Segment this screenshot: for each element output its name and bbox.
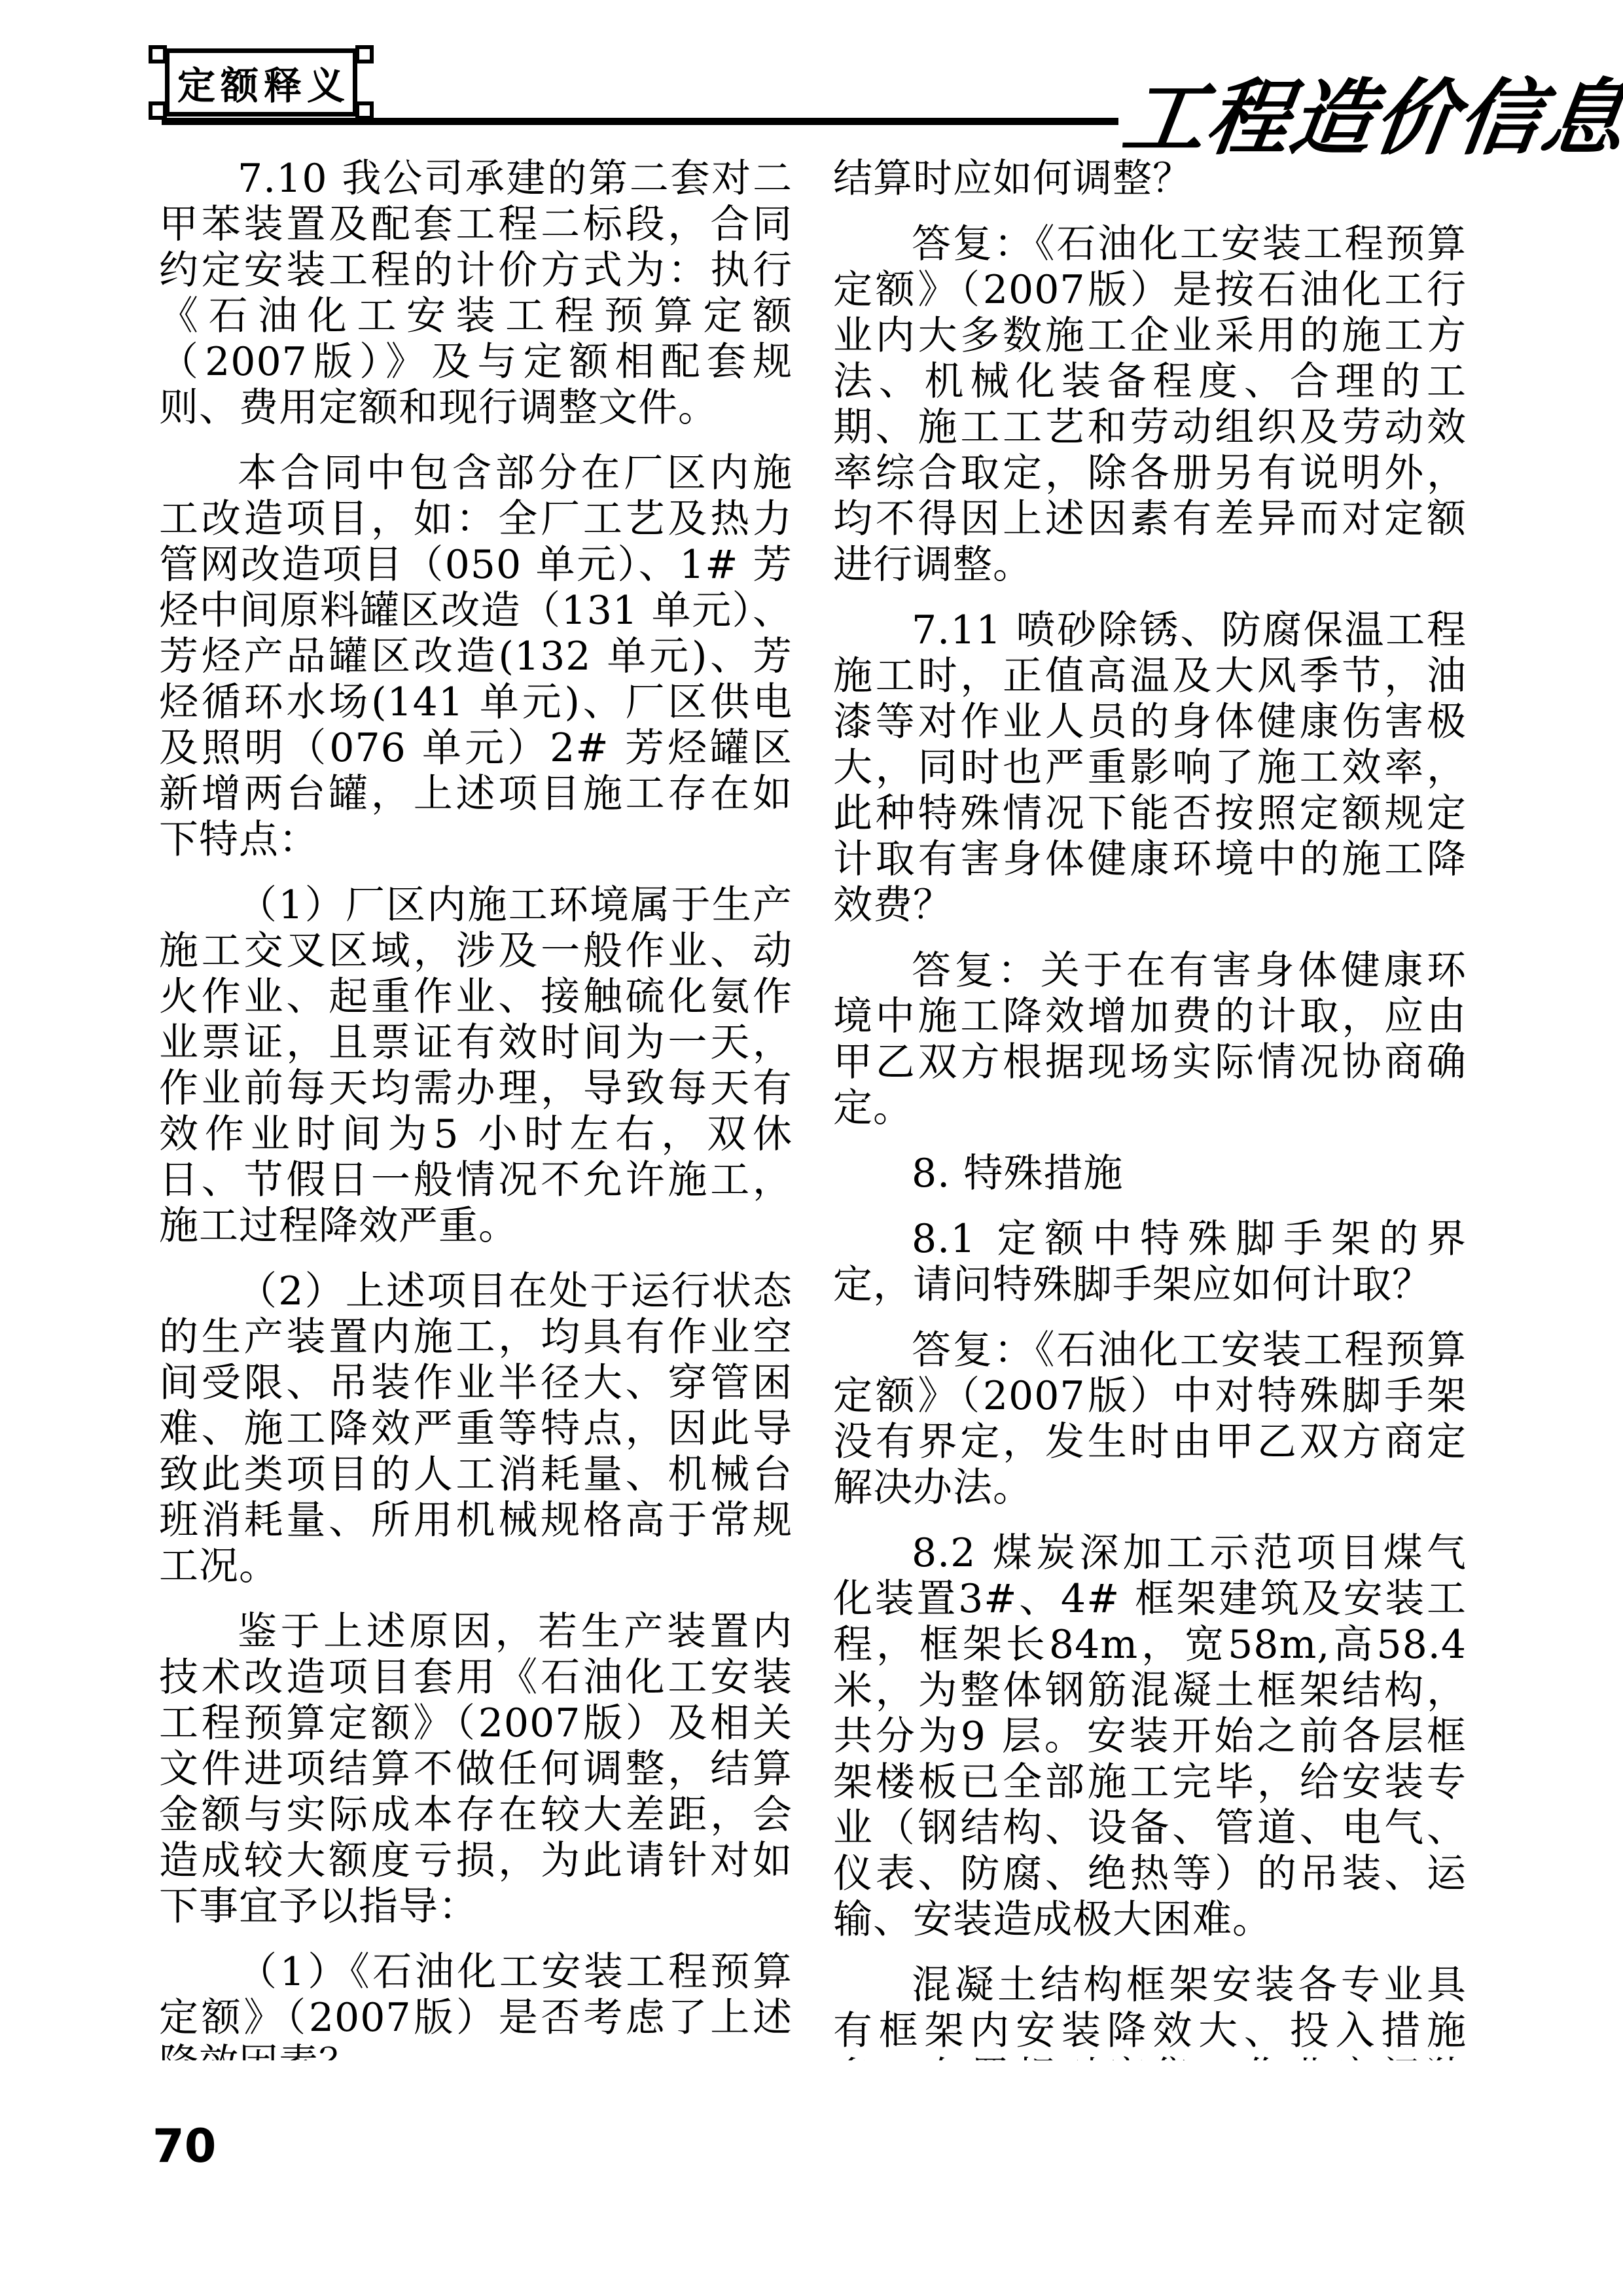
header-rule [162, 118, 1118, 125]
paragraph: 8.2 煤炭深加工示范项目煤气化装置3#、4# 框架建筑及安装工程，框架长84m… [833, 1530, 1467, 1943]
left-column: 7.10 我公司承建的第二套对二甲苯装置及配套工程二标段，合同约定安装工程的计价… [159, 156, 793, 2060]
paragraph: 本合同中包含部分在厂区内施工改造项目，如：全厂工艺及热力管网改造项目（050 单… [159, 450, 793, 863]
right-column: 结算时应如何调整？答复：《石油化工安装工程预算定额》（2007版）是按石油化工行… [833, 156, 1467, 2060]
corner-ornament-icon [355, 45, 374, 63]
paragraph: 8. 特殊措施 [833, 1151, 1467, 1196]
badge-text: 定额释义 [172, 55, 350, 110]
paragraph: 混凝土结构框架安装各专业具有框架内安装降效大、投入措施多、布置相对密集，作业空间… [833, 1962, 1467, 2060]
masthead-calligraphy: 工程造价信息 [1116, 52, 1623, 171]
paragraph: 答复：关于在有害身体健康环境中施工降效增加费的计取，应由甲乙双方根据现场实际情况… [833, 948, 1467, 1131]
corner-ornament-icon [149, 101, 167, 120]
page-number: 70 [152, 2119, 216, 2173]
paragraph: 结算时应如何调整？ [833, 156, 1467, 202]
paragraph: （1）《石油化工安装工程预算定额》（2007版）是否考虑了上述降效因素？ [159, 1949, 793, 2060]
article-body: 7.10 我公司承建的第二套对二甲苯装置及配套工程二标段，合同约定安装工程的计价… [159, 156, 1467, 2060]
paragraph: 鉴于上述原因，若生产装置内技术改造项目套用《石油化工安装工程预算定额》（2007… [159, 1609, 793, 1929]
corner-ornament-icon [355, 101, 374, 120]
column-title-badge: 定额释义 [165, 48, 357, 117]
paragraph: 7.10 我公司承建的第二套对二甲苯装置及配套工程二标段，合同约定安装工程的计价… [159, 156, 793, 431]
paragraph: 答复：《石油化工安装工程预算定额》（2007版）中对特殊脚手架没有界定，发生时由… [833, 1327, 1467, 1511]
paragraph: （2）上述项目在处于运行状态的生产装置内施工，均具有作业空间受限、吊装作业半径大… [159, 1268, 793, 1589]
corner-ornament-icon [149, 45, 167, 63]
paragraph: （1）厂区内施工环境属于生产施工交叉区域，涉及一般作业、动火作业、起重作业、接触… [159, 882, 793, 1249]
scanned-journal-page: 定额释义 工程造价信息 7.10 我公司承建的第二套对二甲苯装置及配套工程二标段… [0, 0, 1623, 2296]
paragraph: 7.11 喷砂除锈、防腐保温工程施工时，正值高温及大风季节，油漆等对作业人员的身… [833, 607, 1467, 928]
paragraph: 答复：《石油化工安装工程预算定额》（2007版）是按石油化工行业内大多数施工企业… [833, 221, 1467, 588]
paragraph: 8.1 定额中特殊脚手架的界定，请问特殊脚手架应如何计取？ [833, 1216, 1467, 1308]
